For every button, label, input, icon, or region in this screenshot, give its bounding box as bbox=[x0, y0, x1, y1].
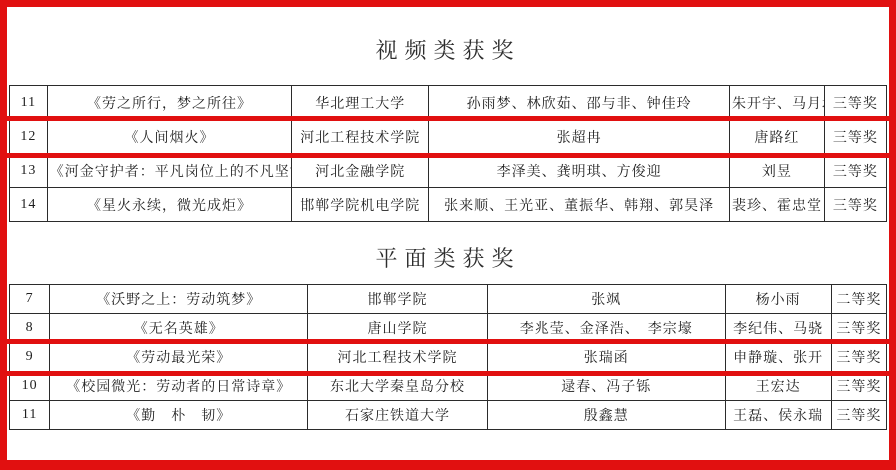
advisors-cell: 王宏达 bbox=[725, 372, 831, 401]
table-row: 11《勤 朴 韧》石家庄铁道大学殷鑫慧王磊、侯永瑞三等奖 bbox=[10, 401, 887, 430]
rank-cell: 10 bbox=[10, 372, 50, 401]
school-cell: 河北工程技术学院 bbox=[308, 343, 488, 372]
section-graphic-awards: 平面类获奖 7《沃野之上：劳动筑梦》邯郸学院张飒杨小雨二等奖8《无名英雄》唐山学… bbox=[7, 222, 889, 430]
rank-cell: 7 bbox=[10, 285, 50, 314]
award-cell: 三等奖 bbox=[824, 86, 886, 120]
section-video-awards: 视频类获奖 11《劳之所行，梦之所往》华北理工大学孙雨梦、林欣茹、邵与非、钟佳玲… bbox=[7, 7, 889, 222]
work-title-cell: 《沃野之上：劳动筑梦》 bbox=[50, 285, 308, 314]
advisors-cell: 朱开宇、马月坤 bbox=[730, 86, 825, 120]
award-cell: 三等奖 bbox=[824, 120, 886, 154]
authors-cell: 张来顺、王光亚、董振华、韩翔、郭昊泽 bbox=[429, 188, 730, 222]
authors-cell: 李兆莹、金泽浩、 李宗壕 bbox=[487, 314, 725, 343]
table-row: 9《劳动最光荣》河北工程技术学院张瑞函申静璇、张开三等奖 bbox=[10, 343, 887, 372]
table-row: 12《人间烟火》河北工程技术学院张超冉唐路红三等奖 bbox=[10, 120, 887, 154]
school-cell: 河北金融学院 bbox=[292, 154, 429, 188]
advisors-cell: 杨小雨 bbox=[725, 285, 831, 314]
award-cell: 二等奖 bbox=[831, 285, 886, 314]
award-cell: 三等奖 bbox=[831, 401, 886, 430]
work-title-cell: 《河金守护者：平凡岗位上的不凡坚守》 bbox=[47, 154, 292, 188]
rank-cell: 13 bbox=[10, 154, 48, 188]
advisors-cell: 裴珍、霍忠堂 bbox=[730, 188, 825, 222]
school-cell: 邯郸学院机电学院 bbox=[292, 188, 429, 222]
work-title-cell: 《校园微光：劳动者的日常诗章》 bbox=[50, 372, 308, 401]
advisors-cell: 李纪伟、马骁 bbox=[725, 314, 831, 343]
authors-cell: 张飒 bbox=[487, 285, 725, 314]
school-cell: 唐山学院 bbox=[308, 314, 488, 343]
advisors-cell: 申静璇、张开 bbox=[725, 343, 831, 372]
award-cell: 三等奖 bbox=[824, 188, 886, 222]
authors-cell: 张超冉 bbox=[429, 120, 730, 154]
rank-cell: 14 bbox=[10, 188, 48, 222]
table-row: 14《星火永续，微光成炬》邯郸学院机电学院张来顺、王光亚、董振华、韩翔、郭昊泽裴… bbox=[10, 188, 887, 222]
school-cell: 东北大学秦皇岛分校 bbox=[308, 372, 488, 401]
authors-cell: 孙雨梦、林欣茹、邵与非、钟佳玲 bbox=[429, 86, 730, 120]
work-title-cell: 《劳动最光荣》 bbox=[50, 343, 308, 372]
advisors-cell: 王磊、侯永瑞 bbox=[725, 401, 831, 430]
award-cell: 三等奖 bbox=[824, 154, 886, 188]
table-row: 11《劳之所行，梦之所往》华北理工大学孙雨梦、林欣茹、邵与非、钟佳玲朱开宇、马月… bbox=[10, 86, 887, 120]
authors-cell: 殷鑫慧 bbox=[487, 401, 725, 430]
work-title-cell: 《无名英雄》 bbox=[50, 314, 308, 343]
graphic-awards-table: 7《沃野之上：劳动筑梦》邯郸学院张飒杨小雨二等奖8《无名英雄》唐山学院李兆莹、金… bbox=[9, 284, 887, 430]
table-row: 13《河金守护者：平凡岗位上的不凡坚守》河北金融学院李泽美、龚明琪、方俊迎刘昱三… bbox=[10, 154, 887, 188]
school-cell: 邯郸学院 bbox=[308, 285, 488, 314]
rank-cell: 8 bbox=[10, 314, 50, 343]
rank-cell: 12 bbox=[10, 120, 48, 154]
graphic-awards-title: 平面类获奖 bbox=[7, 222, 889, 273]
rank-cell: 11 bbox=[10, 401, 50, 430]
video-awards-table: 11《劳之所行，梦之所往》华北理工大学孙雨梦、林欣茹、邵与非、钟佳玲朱开宇、马月… bbox=[9, 85, 887, 222]
award-cell: 三等奖 bbox=[831, 372, 886, 401]
video-awards-title: 视频类获奖 bbox=[7, 7, 889, 65]
authors-cell: 逯春、冯子铄 bbox=[487, 372, 725, 401]
authors-cell: 李泽美、龚明琪、方俊迎 bbox=[429, 154, 730, 188]
work-title-cell: 《星火永续，微光成炬》 bbox=[47, 188, 292, 222]
document-page: 视频类获奖 11《劳之所行，梦之所往》华北理工大学孙雨梦、林欣茹、邵与非、钟佳玲… bbox=[0, 0, 896, 470]
table-row: 7《沃野之上：劳动筑梦》邯郸学院张飒杨小雨二等奖 bbox=[10, 285, 887, 314]
work-title-cell: 《劳之所行，梦之所往》 bbox=[47, 86, 292, 120]
work-title-cell: 《勤 朴 韧》 bbox=[50, 401, 308, 430]
award-cell: 三等奖 bbox=[831, 343, 886, 372]
award-cell: 三等奖 bbox=[831, 314, 886, 343]
school-cell: 华北理工大学 bbox=[292, 86, 429, 120]
advisors-cell: 刘昱 bbox=[730, 154, 825, 188]
work-title-cell: 《人间烟火》 bbox=[47, 120, 292, 154]
advisors-cell: 唐路红 bbox=[730, 120, 825, 154]
authors-cell: 张瑞函 bbox=[487, 343, 725, 372]
rank-cell: 11 bbox=[10, 86, 48, 120]
table-row: 10《校园微光：劳动者的日常诗章》东北大学秦皇岛分校逯春、冯子铄王宏达三等奖 bbox=[10, 372, 887, 401]
school-cell: 河北工程技术学院 bbox=[292, 120, 429, 154]
rank-cell: 9 bbox=[10, 343, 50, 372]
school-cell: 石家庄铁道大学 bbox=[308, 401, 488, 430]
table-row: 8《无名英雄》唐山学院李兆莹、金泽浩、 李宗壕李纪伟、马骁三等奖 bbox=[10, 314, 887, 343]
